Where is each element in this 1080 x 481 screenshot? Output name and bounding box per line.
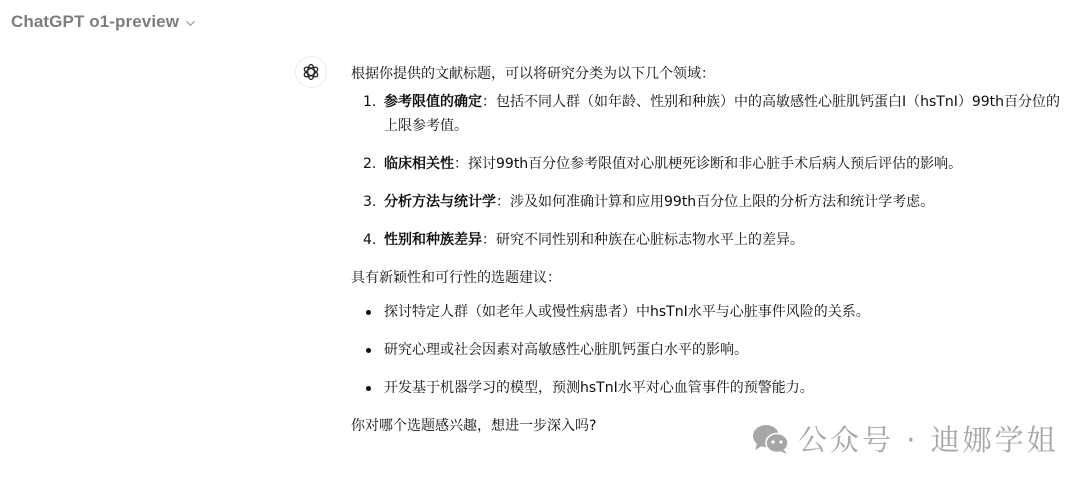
area-text: ：研究不同性别和种族在心脏标志物水平上的差异。	[482, 232, 804, 248]
closing-question: 你对哪个选题感兴趣，想进一步深入吗?	[351, 414, 1061, 438]
assistant-message: 根据你提供的文献标题，可以将研究分类为以下几个领域： 1. 参考限值的确定：包括…	[351, 62, 1061, 438]
list-number: 2.	[363, 152, 384, 176]
area-text: ：探讨99th百分位参考限值对心肌梗死诊断和非心脏手术后病人预后评估的影响。	[454, 156, 962, 172]
area-title: 性别和种族差异	[384, 232, 482, 248]
model-name: ChatGPT o1-preview	[11, 12, 179, 32]
area-text: ：涉及如何准确计算和应用99th百分位上限的分析方法和统计学考虑。	[496, 194, 934, 210]
bullet-icon	[363, 338, 384, 362]
chevron-down-icon	[185, 18, 196, 29]
suggestions-heading: 具有新颖性和可行性的选题建议：	[351, 266, 1061, 290]
area-title: 临床相关性	[384, 156, 454, 172]
list-number: 4.	[363, 228, 384, 252]
research-areas-list: 1. 参考限值的确定：包括不同人群（如年龄、性别和种族）中的高敏感性心脏肌钙蛋白…	[351, 90, 1061, 252]
model-selector[interactable]: ChatGPT o1-preview	[11, 12, 196, 32]
suggestion-text: 研究心理或社会因素对高敏感性心脏肌钙蛋白水平的影响。	[384, 338, 748, 362]
list-item: 探讨特定人群（如老年人或慢性病患者）中hsTnI水平与心脏事件风险的关系。	[363, 300, 1061, 324]
suggestions-list: 探讨特定人群（如老年人或慢性病患者）中hsTnI水平与心脏事件风险的关系。 研究…	[351, 300, 1061, 400]
list-item: 开发基于机器学习的模型，预测hsTnI水平对心血管事件的预警能力。	[363, 376, 1061, 400]
area-title: 参考限值的确定	[384, 94, 482, 110]
area-title: 分析方法与统计学	[384, 194, 496, 210]
openai-logo-icon	[301, 62, 321, 82]
list-number: 3.	[363, 190, 384, 214]
list-item: 研究心理或社会因素对高敏感性心脏肌钙蛋白水平的影响。	[363, 338, 1061, 362]
suggestion-text: 探讨特定人群（如老年人或慢性病患者）中hsTnI水平与心脏事件风险的关系。	[384, 300, 870, 324]
list-item: 3. 分析方法与统计学：涉及如何准确计算和应用99th百分位上限的分析方法和统计…	[363, 190, 1061, 214]
bullet-icon	[363, 300, 384, 324]
list-item: 4. 性别和种族差异：研究不同性别和种族在心脏标志物水平上的差异。	[363, 228, 1061, 252]
bullet-icon	[363, 376, 384, 400]
assistant-avatar	[295, 56, 327, 88]
message-intro: 根据你提供的文献标题，可以将研究分类为以下几个领域：	[351, 62, 1061, 86]
list-item: 2. 临床相关性：探讨99th百分位参考限值对心肌梗死诊断和非心脏手术后病人预后…	[363, 152, 1061, 176]
list-item: 1. 参考限值的确定：包括不同人群（如年龄、性别和种族）中的高敏感性心脏肌钙蛋白…	[363, 90, 1061, 138]
list-number: 1.	[363, 90, 384, 138]
area-text: ：包括不同人群（如年龄、性别和种族）中的高敏感性心脏肌钙蛋白I（hsTnI）99…	[384, 94, 1060, 134]
suggestion-text: 开发基于机器学习的模型，预测hsTnI水平对心血管事件的预警能力。	[384, 376, 814, 400]
